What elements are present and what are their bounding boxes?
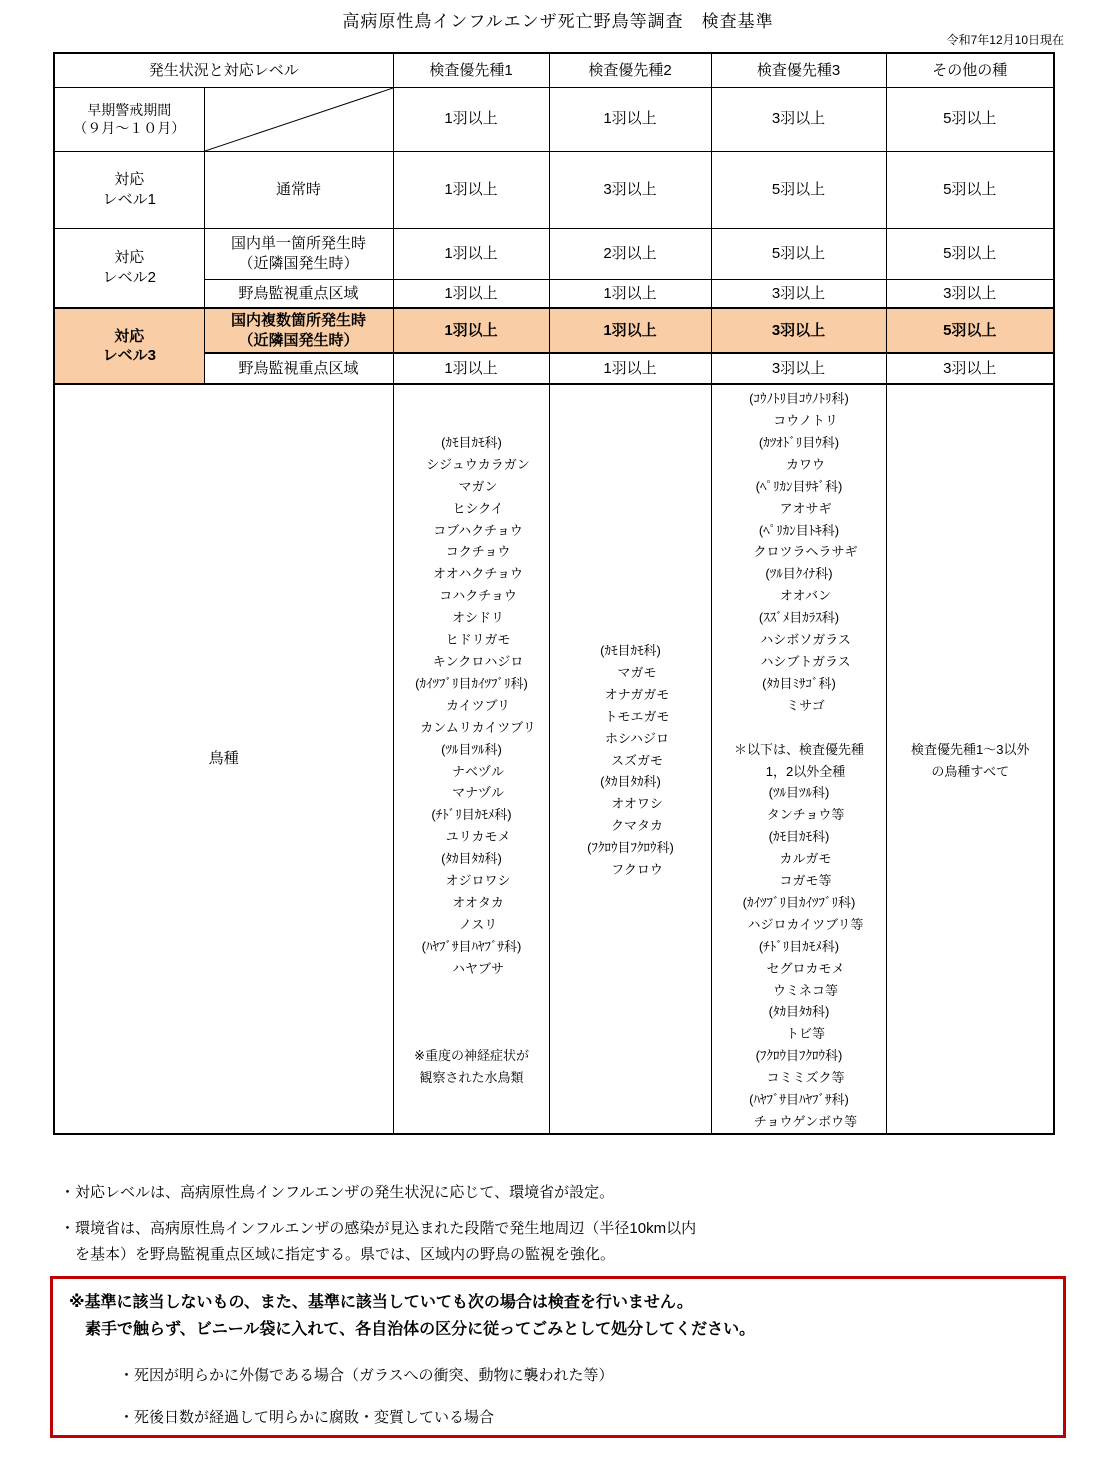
cell-value: 5羽以上 — [886, 87, 1054, 151]
cell-value: 1羽以上 — [549, 279, 711, 308]
level1-label: 対応 レベル1 — [54, 151, 204, 228]
row-level2-outbreak: 対応 レベル2 国内単一箇所発生時 （近隣国発生時） 1羽以上 2羽以上 5羽以… — [54, 228, 1054, 279]
diagonal-blank-cell — [204, 87, 393, 151]
row-level2-priority-zone: 野鳥監視重点区域 1羽以上 1羽以上 3羽以上 3羽以上 — [54, 279, 1054, 308]
cell-value: 3羽以上 — [711, 279, 886, 308]
level3-label: 対応 レベル3 — [54, 308, 204, 384]
cell-value: 3羽以上 — [711, 353, 886, 384]
cell-value-highlighted: 1羽以上 — [549, 308, 711, 353]
row-level3-priority-zone: 野鳥監視重点区域 1羽以上 1羽以上 3羽以上 3羽以上 — [54, 353, 1054, 384]
note-response-level: ・対応レベルは、高病原性鳥インフルエンザの発生状況に応じて、環境省が設定。 — [60, 1180, 614, 1206]
note-priority-zone: ・環境省は、高病原性鳥インフルエンザの感染が見込まれた段階で発生地周辺（半径10… — [60, 1216, 696, 1268]
cell-value: 3羽以上 — [886, 279, 1054, 308]
row-level3-outbreak: 対応 レベル3 国内複数箇所発生時 （近隣国発生時） 1羽以上 1羽以上 3羽以… — [54, 308, 1054, 353]
cell-value: 2羽以上 — [549, 228, 711, 279]
header-priority3: 検査優先種3 — [711, 53, 886, 87]
page-title: 高病原性鳥インフルエンザ死亡野鳥等調査 検査基準 — [0, 7, 1116, 32]
warning-box: ※基準に該当しないもの、また、基準に該当していても次の場合は検査を行いません。 … — [50, 1276, 1066, 1438]
header-priority1: 検査優先種1 — [393, 53, 549, 87]
cell-value: 1羽以上 — [393, 279, 549, 308]
warning-head: ※基準に該当しないもの、また、基準に該当していても次の場合は検査を行いません。 … — [69, 1289, 1047, 1343]
cell-value: 1羽以上 — [393, 87, 549, 151]
cell-value: 5羽以上 — [886, 228, 1054, 279]
header-situation-level: 発生状況と対応レベル — [54, 53, 393, 87]
level3-zone-situation: 野鳥監視重点区域 — [204, 353, 393, 384]
species-row-label: 鳥種 — [54, 384, 393, 1134]
warning-item-trauma: ・死因が明らかに外傷である場合（ガラスへの衝突、動物に襲われた等） — [69, 1364, 1047, 1385]
cell-value: 1羽以上 — [393, 151, 549, 228]
cell-value-highlighted: 1羽以上 — [393, 308, 549, 353]
header-row: 発生状況と対応レベル 検査優先種1 検査優先種2 検査優先種3 その他の種 — [54, 53, 1054, 87]
cell-value: 5羽以上 — [711, 228, 886, 279]
header-other: その他の種 — [886, 53, 1054, 87]
level2-zone-situation: 野鳥監視重点区域 — [204, 279, 393, 308]
row-early-warning: 早期警戒期間 （９月～１０月） 1羽以上 1羽以上 3羽以上 5羽以上 — [54, 87, 1054, 151]
cell-value: 3羽以上 — [549, 151, 711, 228]
level2-situation: 国内単一箇所発生時 （近隣国発生時） — [204, 228, 393, 279]
species-list-priority1: (ｶﾓ目ｶﾓ科) シジュウカラガン マガン ヒシクイ コブハクチョウ コクチョウ… — [393, 384, 549, 1134]
row-bird-species: 鳥種 (ｶﾓ目ｶﾓ科) シジュウカラガン マガン ヒシクイ コブハクチョウ コク… — [54, 384, 1054, 1134]
level2-label: 対応 レベル2 — [54, 228, 204, 308]
species-list-priority3: (ｺｳﾉﾄﾘ目ｺｳﾉﾄﾘ科) コウノトリ (ｶﾂｵﾄﾞﾘ目ｳ科) カワウ (ﾍﾟ… — [711, 384, 886, 1134]
cell-value: 1羽以上 — [549, 353, 711, 384]
diagonal-line — [205, 88, 393, 151]
cell-value: 5羽以上 — [886, 151, 1054, 228]
criteria-table: 発生状況と対応レベル 検査優先種1 検査優先種2 検査優先種3 その他の種 早期… — [53, 52, 1055, 1135]
species-list-priority2: (ｶﾓ目ｶﾓ科) マガモ オナガガモ トモエガモ ホシハジロ スズガモ (ﾀｶ目… — [549, 384, 711, 1134]
level3-situation: 国内複数箇所発生時 （近隣国発生時） — [204, 308, 393, 353]
cell-value: 1羽以上 — [549, 87, 711, 151]
as-of-date: 令和7年12月10日現在 — [947, 31, 1064, 48]
level1-situation: 通常時 — [204, 151, 393, 228]
cell-value: 3羽以上 — [711, 87, 886, 151]
cell-value-highlighted: 3羽以上 — [711, 308, 886, 353]
cell-value: 1羽以上 — [393, 228, 549, 279]
document-page: 高病原性鳥インフルエンザ死亡野鳥等調査 検査基準 令和7年12月10日現在 発生… — [0, 0, 1116, 1460]
cell-value-highlighted: 5羽以上 — [886, 308, 1054, 353]
row-level1: 対応 レベル1 通常時 1羽以上 3羽以上 5羽以上 5羽以上 — [54, 151, 1054, 228]
cell-value: 5羽以上 — [711, 151, 886, 228]
warning-item-decay: ・死後日数が経過して明らかに腐敗・変質している場合 — [69, 1406, 1047, 1427]
header-priority2: 検査優先種2 — [549, 53, 711, 87]
cell-value: 1羽以上 — [393, 353, 549, 384]
early-warning-label: 早期警戒期間 （９月～１０月） — [54, 87, 204, 151]
species-list-other: 検査優先種1～3以外 の鳥種すべて — [886, 384, 1054, 1134]
cell-value: 3羽以上 — [886, 353, 1054, 384]
